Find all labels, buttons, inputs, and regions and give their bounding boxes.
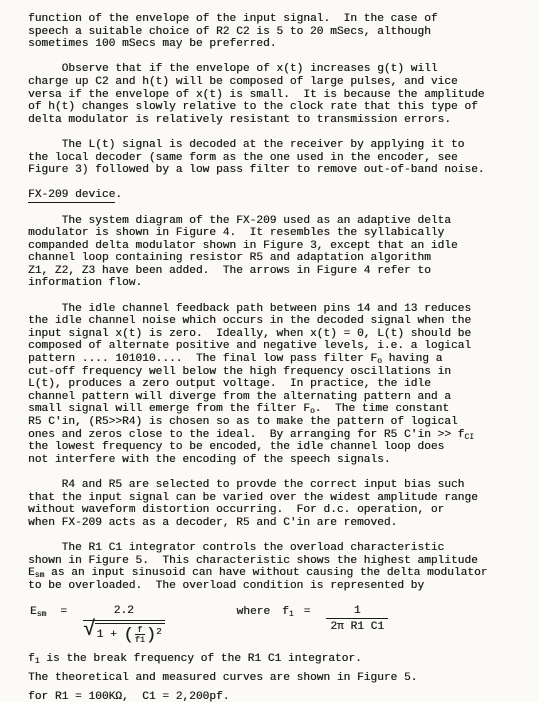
subscript: sm [35,571,45,580]
radicand-prefix: 1 + [97,629,124,642]
note-break-frequency: f1 is the break frequency of the R1 C1 i… [28,653,513,666]
esm-symbol: Esm [30,605,46,619]
note-component-values: for R1 = 100KΩ, C1 = 2,200pf. [28,691,513,702]
note-curves-figure5: The theoretical and measured curves are … [28,672,513,685]
f1-fraction-denominator: 2π R1 C1 [326,618,388,634]
f1-base: f [282,606,289,618]
overload-equation: Esm = 2.2 √ 1 + ( f f1 ) 2 where f1 = [30,605,513,645]
overload-fraction: 2.2 √ 1 + ( f f1 ) 2 [83,605,164,645]
inner-denominator: f1 [135,634,145,645]
subscript: CI [464,433,474,442]
text-body: function of the envelope of the input si… [28,13,513,592]
subscript: 1 [35,657,40,666]
f1-fraction: 1 2π R1 C1 [326,605,388,633]
para-envelope-r2c2: function of the envelope of the input si… [28,13,513,51]
exponent: 2 [156,626,161,639]
footnotes: f1 is the break frequency of the R1 C1 i… [28,653,513,702]
inner-fraction: f f1 [135,626,145,645]
para-idle-channel: The idle channel feedback path between p… [28,303,513,467]
esm-base: E [30,606,37,618]
subscript: o [377,357,382,366]
where-label: where [237,605,271,619]
f1-subscript: 1 [289,610,294,619]
document-page: function of the envelope of the input si… [0,0,539,702]
subscript: o [310,407,315,416]
close-paren: ) [146,629,156,642]
para-lt-decoded: The L(t) signal is decoded at the receiv… [28,139,513,177]
esm-subscript: sm [37,610,47,619]
equals-sign-2: = [304,605,311,619]
radicand: 1 + ( f f1 ) 2 [95,623,165,645]
equals-sign: = [60,605,67,619]
para-observe-envelope: Observe that if the envelope of x(t) inc… [28,63,513,126]
f1-fraction-numerator: 1 [354,605,361,618]
underlined-text: FX-209 device [28,189,115,203]
open-paren: ( [124,629,134,642]
fraction-denominator: √ 1 + ( f f1 ) 2 [83,621,164,645]
para-r4-r5-bias: R4 and R5 are selected to provde the cor… [28,479,513,529]
para-system-diagram: The system diagram of the FX-209 used as… [28,215,513,291]
heading-fx209-device: FX-209 device. [28,189,513,202]
para-r1c1-integrator: The R1 C1 integrator controls the overlo… [28,542,513,592]
inner-numerator: f [137,626,142,635]
f1-symbol: f1 [282,605,294,619]
